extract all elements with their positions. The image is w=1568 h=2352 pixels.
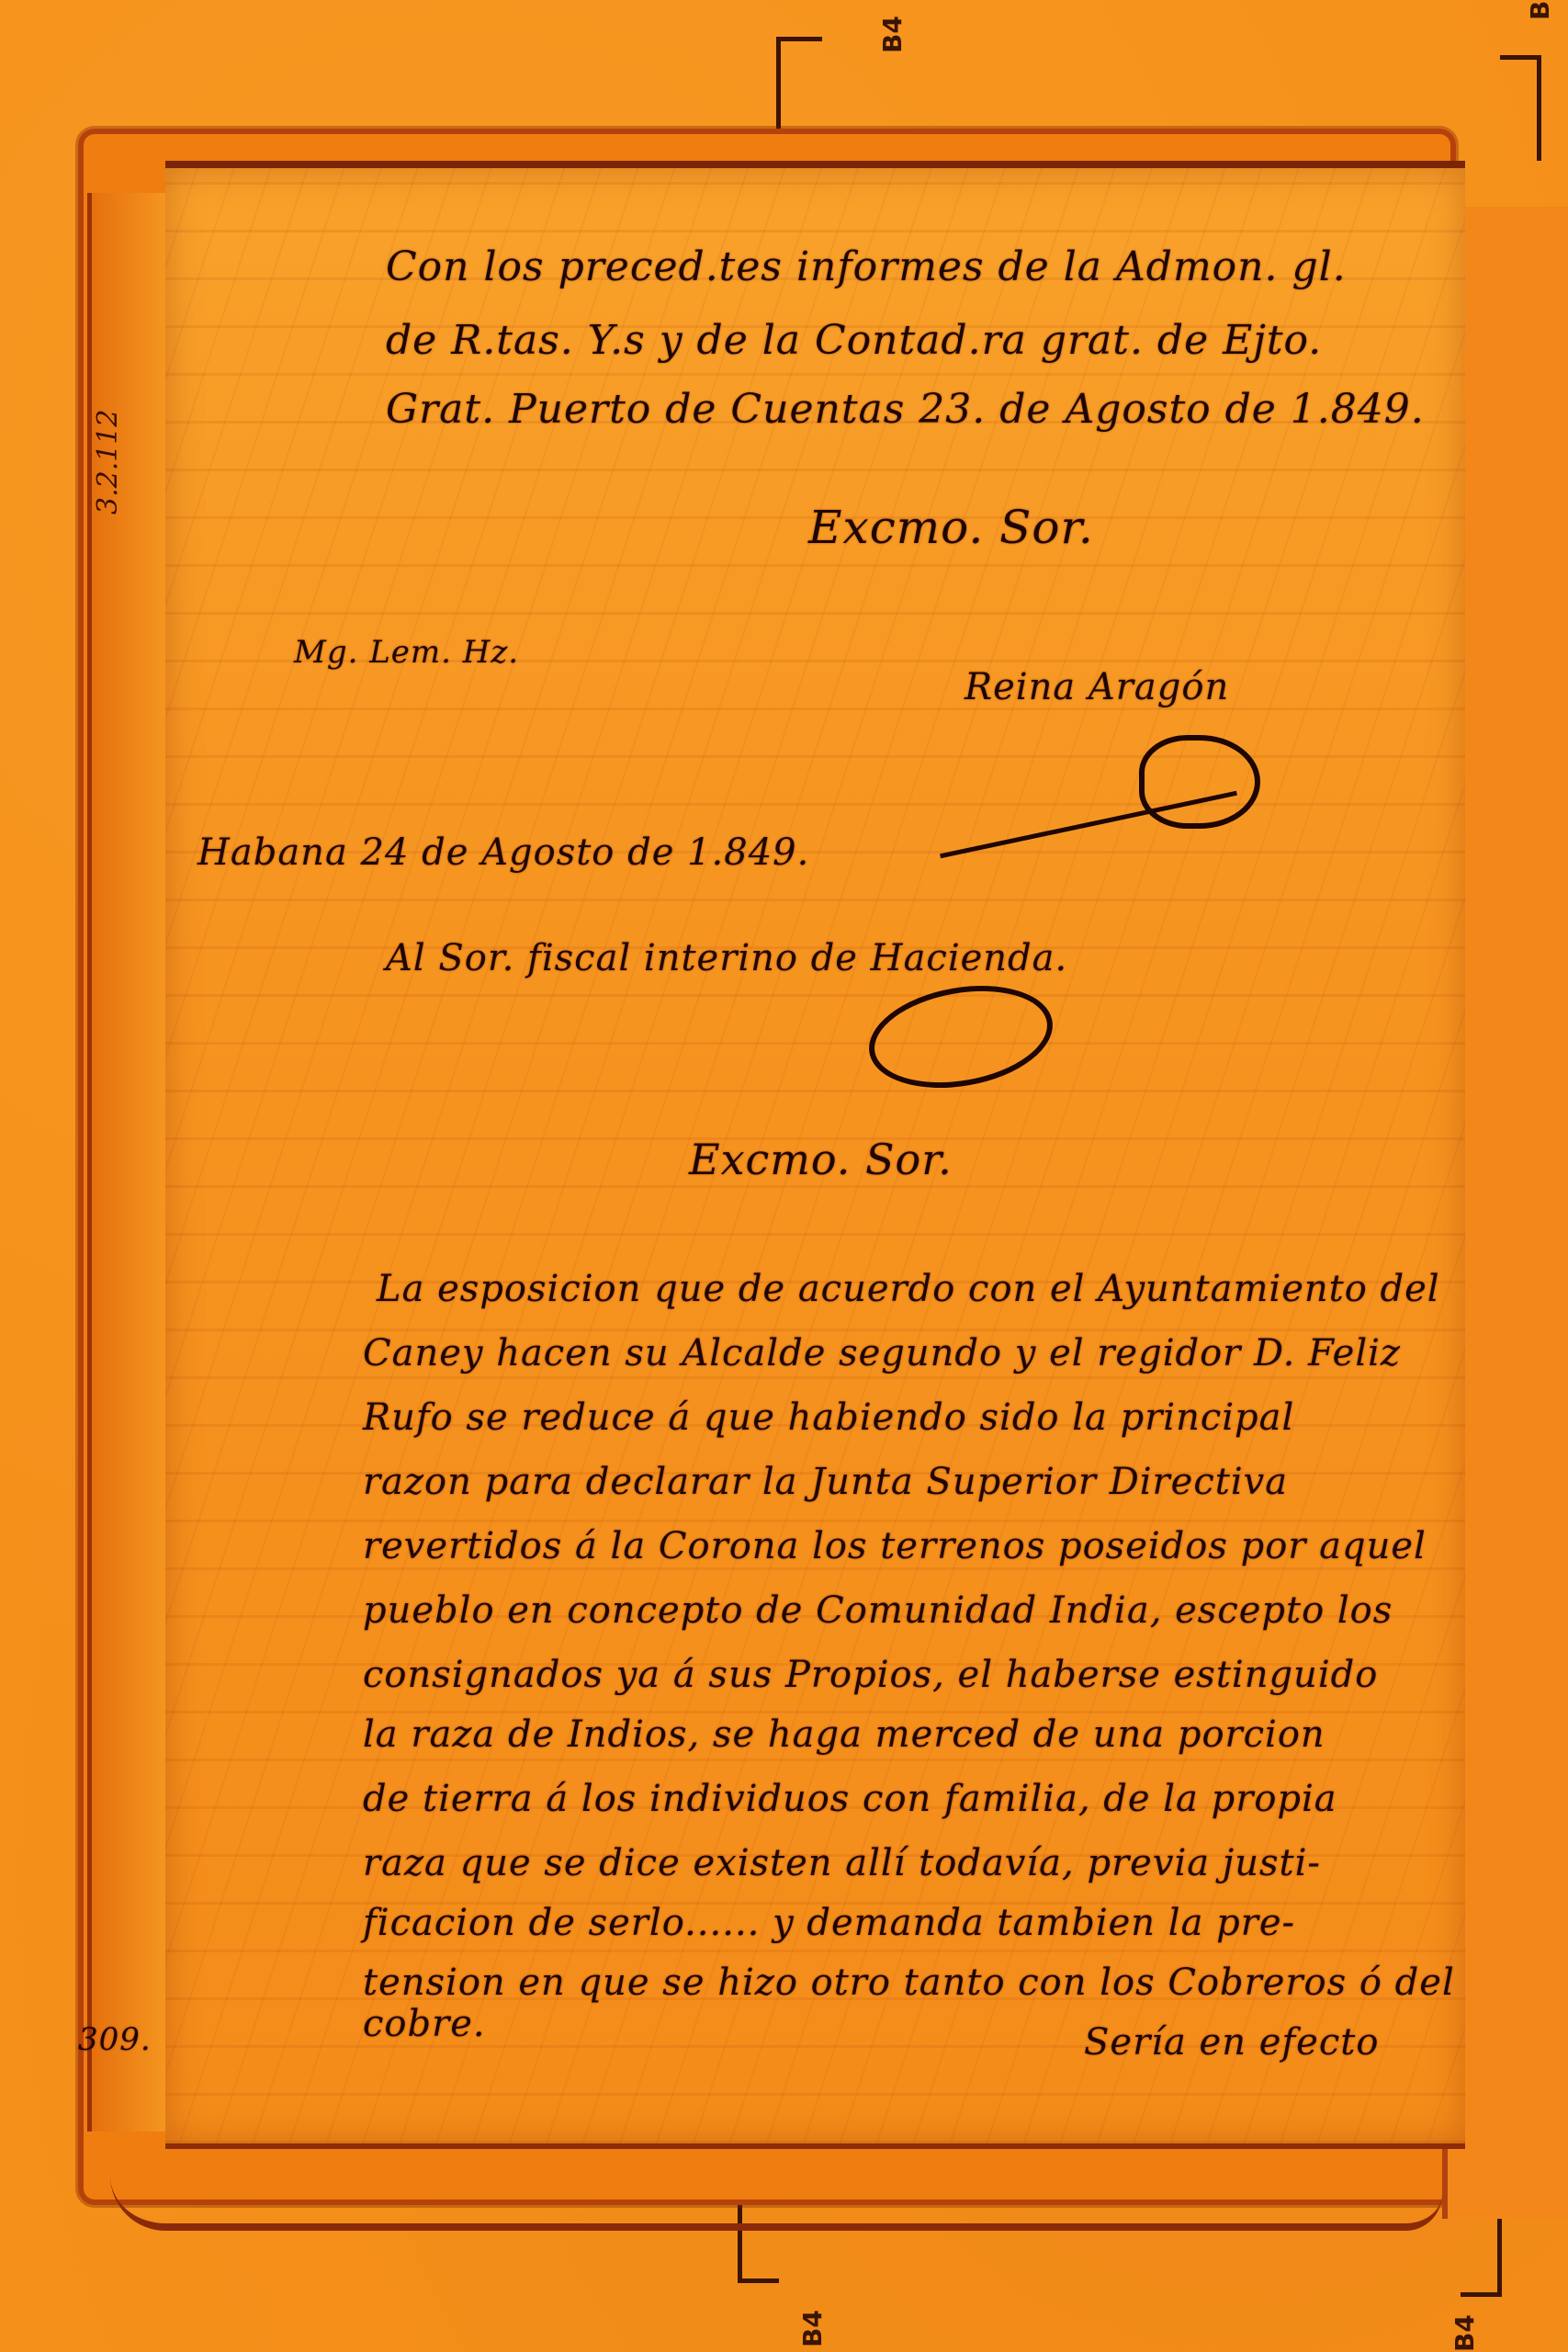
body-line: la raza de Indios, se haga merced de una… xyxy=(363,1713,1325,1756)
body-line: cobre. xyxy=(363,2003,486,2045)
crop-label-top-left: B4 xyxy=(877,16,908,53)
body-salutation: Excmo. Sor. xyxy=(689,1135,953,1184)
body-line: consignados ya á sus Propios, el haberse… xyxy=(363,1654,1378,1696)
header-line-1: Con los preced.tes informes de la Admon.… xyxy=(386,243,1347,290)
left-signature: Mg. Lem. Hz. xyxy=(294,634,519,671)
body-line: Rufo se reduce á que habiendo sido la pr… xyxy=(363,1396,1294,1439)
body-line: de tierra á los individuos con familia, … xyxy=(363,1778,1337,1820)
header-line-2: de R.tas. Y.s y de la Contad.ra grat. de… xyxy=(386,317,1322,364)
body-line: tension en que se hizo otro tanto con lo… xyxy=(363,1962,1455,2004)
crop-label-bottom-right: B4 xyxy=(1450,2314,1480,2352)
right-signature: Reina Aragón xyxy=(964,666,1229,708)
margin-note: 3.2.112 xyxy=(92,409,124,514)
closing-phrase: Sería en efecto xyxy=(1084,2021,1379,2064)
header-salutation: Excmo. Sor. xyxy=(808,501,1094,554)
crop-mark-top-right xyxy=(1500,55,1541,161)
crop-label-bottom-left: B4 xyxy=(797,2310,828,2347)
folio-number: 309. xyxy=(78,2021,152,2058)
body-line: Caney hacen su Alcalde segundo y el regi… xyxy=(363,1332,1401,1374)
crop-mark-top-left xyxy=(776,37,822,133)
body-line: La esposicion que de acuerdo con el Ayun… xyxy=(377,1268,1440,1310)
header-line-3: Grat. Puerto de Cuentas 23. de Agosto de… xyxy=(386,386,1425,433)
body-line: revertidos á la Corona los terrenos pose… xyxy=(363,1525,1427,1567)
signature-rubric-right xyxy=(1139,735,1260,829)
address-line: Al Sor. fiscal interino de Hacienda. xyxy=(386,937,1067,979)
body-line: ficacion de serlo...... y demanda tambie… xyxy=(363,1902,1295,1944)
crop-label-top-right: B xyxy=(1525,1,1555,20)
crop-mark-bottom-right xyxy=(1461,2205,1502,2297)
body-line: pueblo en concepto de Comunidad India, e… xyxy=(363,1589,1393,1632)
body-line: raza que se dice existen allí todavía, p… xyxy=(363,1842,1321,1884)
body-line: razon para declarar la Junta Superior Di… xyxy=(363,1461,1288,1503)
dateline: Habana 24 de Agosto de 1.849. xyxy=(197,831,809,874)
